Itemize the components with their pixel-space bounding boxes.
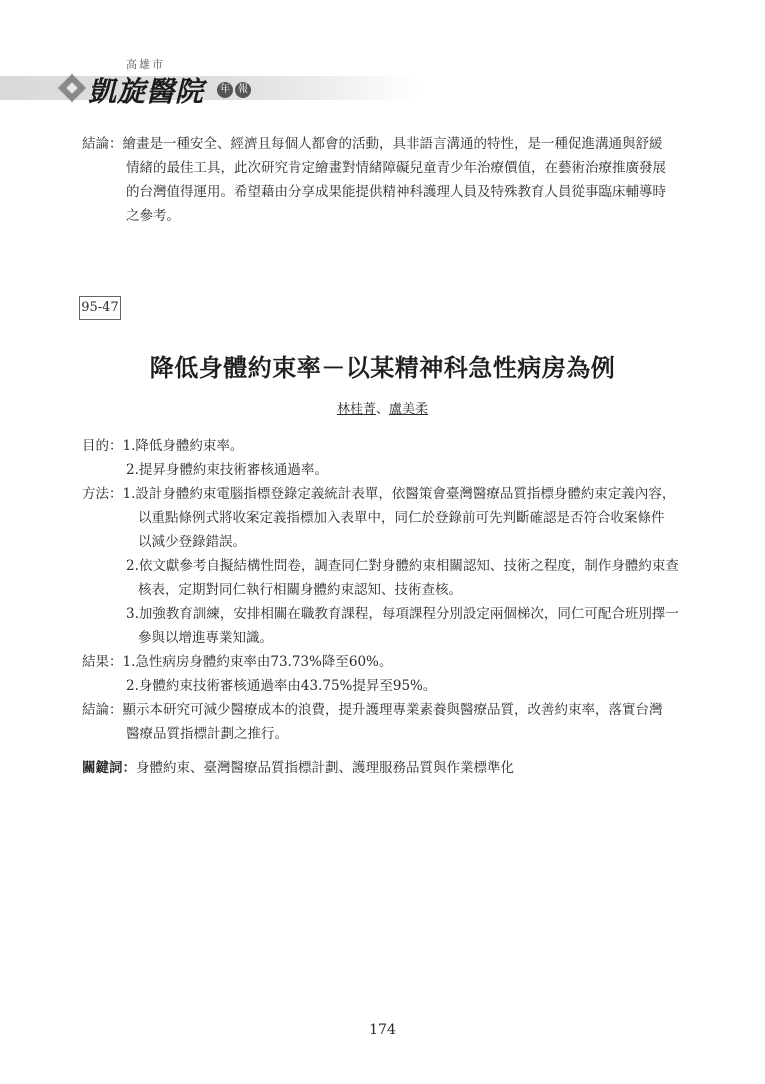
method-item-line: 參與以增進專業知識。 [82,626,679,650]
method-item-line: 2.依文獻參考自擬結構性問卷，調查同仁對身體約束相關認知、技術之程度，制作身體約… [82,554,679,578]
method-item-line: 核表，定期對同仁執行相關身體約束認知、技術查核。 [82,578,679,602]
method-row: 方法：1.設計身體約束電腦指標登錄定義統計表單，依醫策會臺灣醫療品質指標身體約束… [82,482,679,506]
keywords-text: 身體約束、臺灣醫療品質指標計劃、護理服務品質與作業標準化 [136,760,514,776]
article-authors: 林桂菁、盧美柔 [0,398,765,417]
keywords-label: 關鍵詞： [82,760,136,776]
method-item-line: 以減少登錄錯誤。 [82,530,679,554]
previous-conclusion-line: 情緒的最佳工具，此次研究肯定繪畫對情緒障礙兒童青少年治療價值，在藝術治療推廣發展 [82,156,666,180]
purpose-label: 目的： [82,434,123,458]
method-item-line: 1.設計身體約束電腦指標登錄定義統計表單，依醫策會臺灣醫療品質指標身體約束定義內… [123,486,676,502]
author-name: 盧美柔 [389,402,428,417]
purpose-item: 1.降低身體約束率。 [123,438,244,454]
previous-conclusion-line: 的台灣值得運用。希望藉由分享成果能提供精神科護理人員及特殊教育人員從事臨床輔導時 [82,180,666,204]
author-name: 林桂菁 [337,402,376,417]
article-body: 目的：1.降低身體約束率。 2.提昇身體約束技術審核通過率。 方法：1.設計身體… [82,434,679,746]
keywords: 關鍵詞：身體約束、臺灣醫療品質指標計劃、護理服務品質與作業標準化 [82,756,514,776]
results-row: 結果：1.急性病房身體約束率由73.73%降至60%。 [82,650,679,674]
method-item-line: 3.加強教育訓練，安排相關在職教育課程，每項課程分別設定兩個梯次，同仁可配合班別… [82,602,679,626]
author-separator: 、 [376,402,389,417]
previous-conclusion-label: 結論： [82,132,123,156]
conclusion-line: 醫療品質指標計劃之推行。 [82,722,679,746]
conclusion-line: 顯示本研究可減少醫療成本的浪費，提升護理專業素養與醫療品質，改善約束率，落實台灣 [123,702,663,718]
previous-conclusion-line: 繪畫是一種安全、經濟且每個人都會的活動，具非語言溝通的特性，是一種促進溝通與舒緩 [123,136,663,152]
article-title: 降低身體約束率－以某精神科急性病房為例 [0,348,765,383]
header-badge-report: 報 [235,82,251,98]
purpose-row: 目的：1.降低身體約束率。 [82,434,679,458]
article-code: 95-47 [79,296,121,320]
header-hospital-name: 凱旋醫院 [88,70,204,110]
previous-conclusion: 結論：繪畫是一種安全、經濟且每個人都會的活動，具非語言溝通的特性，是一種促進溝通… [82,132,666,228]
conclusion-row: 結論：顯示本研究可減少醫療成本的浪費，提升護理專業素養與醫療品質，改善約束率，落… [82,698,679,722]
method-label: 方法： [82,482,123,506]
results-label: 結果： [82,650,123,674]
page-number: 174 [0,1022,765,1038]
purpose-item: 2.提昇身體約束技術審核通過率。 [82,458,679,482]
header-badge-year: 年 [217,82,233,98]
method-item-line: 以重點條例式將收案定義指標加入表單中，同仁於登錄前可先判斷確認是否符合收案條件 [82,506,679,530]
results-item: 1.急性病房身體約束率由73.73%降至60%。 [123,654,393,670]
conclusion-label: 結論： [82,698,123,722]
previous-conclusion-line: 之參考。 [82,204,666,228]
results-item: 2.身體約束技術審核通過率由43.75%提昇至95%。 [82,674,679,698]
